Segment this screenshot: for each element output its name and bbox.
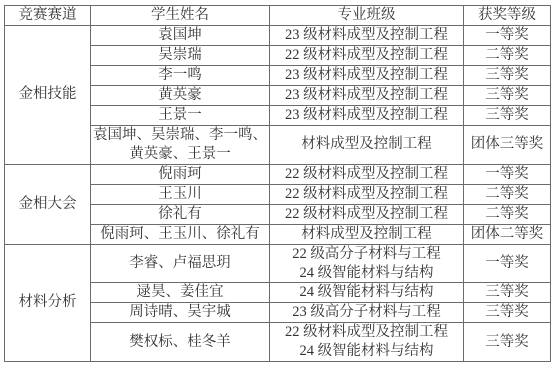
- student-name-cell: 黄英豪: [91, 86, 270, 106]
- header-row: 竞赛赛道 学生姓名 专业班级 获奖等级: [5, 6, 551, 26]
- class-cell: 23 级材料成型及控制工程: [270, 66, 464, 86]
- class-cell: 22 级材料成型及控制工程: [270, 204, 464, 224]
- class-cell: 22 级材料成型及控制工程: [270, 46, 464, 66]
- award-cell: 三等奖: [464, 86, 551, 106]
- student-name-cell: 倪雨珂: [91, 164, 270, 184]
- class-cell: 材料成型及控制工程: [270, 126, 464, 165]
- award-cell: 一等奖: [464, 244, 551, 283]
- student-name-cell: 李一鸣: [91, 66, 270, 86]
- student-name-cell: 吴崇瑞: [91, 46, 270, 66]
- class-cell: 23 级高分子材料与工程: [270, 303, 464, 323]
- award-cell: 二等奖: [464, 184, 551, 204]
- award-cell: 三等奖: [464, 66, 551, 86]
- student-name-cell: 逯昊、姜佳宜: [91, 283, 270, 303]
- student-name-cell: 倪雨珂、王玉川、徐礼有: [91, 224, 270, 244]
- award-cell: 团体二等奖: [464, 224, 551, 244]
- award-cell: 一等奖: [464, 164, 551, 184]
- class-cell: 材料成型及控制工程: [270, 224, 464, 244]
- student-name-cell: 徐礼有: [91, 204, 270, 224]
- table-row: 金相技能 袁国坤 23 级材料成型及控制工程 一等奖: [5, 26, 551, 46]
- award-cell: 三等奖: [464, 106, 551, 126]
- track-cell: 金相技能: [5, 26, 91, 165]
- student-name-cell: 王景一: [91, 106, 270, 126]
- table-row: 材料分析 李睿、卢福思玥 22 级高分子材料与工程 24 级智能材料与结构 一等…: [5, 244, 551, 283]
- table-row: 金相大会 倪雨珂 22 级材料成型及控制工程 一等奖: [5, 164, 551, 184]
- class-cell: 24 级智能材料与结构: [270, 283, 464, 303]
- header-award: 获奖等级: [464, 6, 551, 26]
- award-cell: 二等奖: [464, 204, 551, 224]
- header-student: 学生姓名: [91, 6, 270, 26]
- award-cell: 二等奖: [464, 46, 551, 66]
- award-cell: 三等奖: [464, 323, 551, 362]
- track-cell: 金相大会: [5, 164, 91, 244]
- award-cell: 三等奖: [464, 303, 551, 323]
- track-cell: 材料分析: [5, 244, 91, 361]
- student-name-cell: 周诗晴、吴宇城: [91, 303, 270, 323]
- class-cell: 23 级材料成型及控制工程: [270, 86, 464, 106]
- student-name-cell: 樊权标、桂冬羊: [91, 323, 270, 362]
- class-cell: 22 级材料成型及控制工程 24 级智能材料与结构: [270, 323, 464, 362]
- class-cell: 23 级材料成型及控制工程: [270, 106, 464, 126]
- student-name-cell: 袁国坤: [91, 26, 270, 46]
- student-name-cell: 李睿、卢福思玥: [91, 244, 270, 283]
- class-cell: 23 级材料成型及控制工程: [270, 26, 464, 46]
- header-class: 专业班级: [270, 6, 464, 26]
- award-cell: 一等奖: [464, 26, 551, 46]
- class-cell: 22 级材料成型及控制工程: [270, 164, 464, 184]
- awards-table: 竞赛赛道 学生姓名 专业班级 获奖等级 金相技能 袁国坤 23 级材料成型及控制…: [4, 5, 551, 362]
- class-cell: 22 级材料成型及控制工程: [270, 184, 464, 204]
- award-cell: 三等奖: [464, 283, 551, 303]
- student-name-cell: 袁国坤、吴崇瑞、李一鸣、 黄英豪、王景一: [91, 126, 270, 165]
- award-cell: 团体三等奖: [464, 126, 551, 165]
- class-cell: 22 级高分子材料与工程 24 级智能材料与结构: [270, 244, 464, 283]
- student-name-cell: 王玉川: [91, 184, 270, 204]
- header-track: 竞赛赛道: [5, 6, 91, 26]
